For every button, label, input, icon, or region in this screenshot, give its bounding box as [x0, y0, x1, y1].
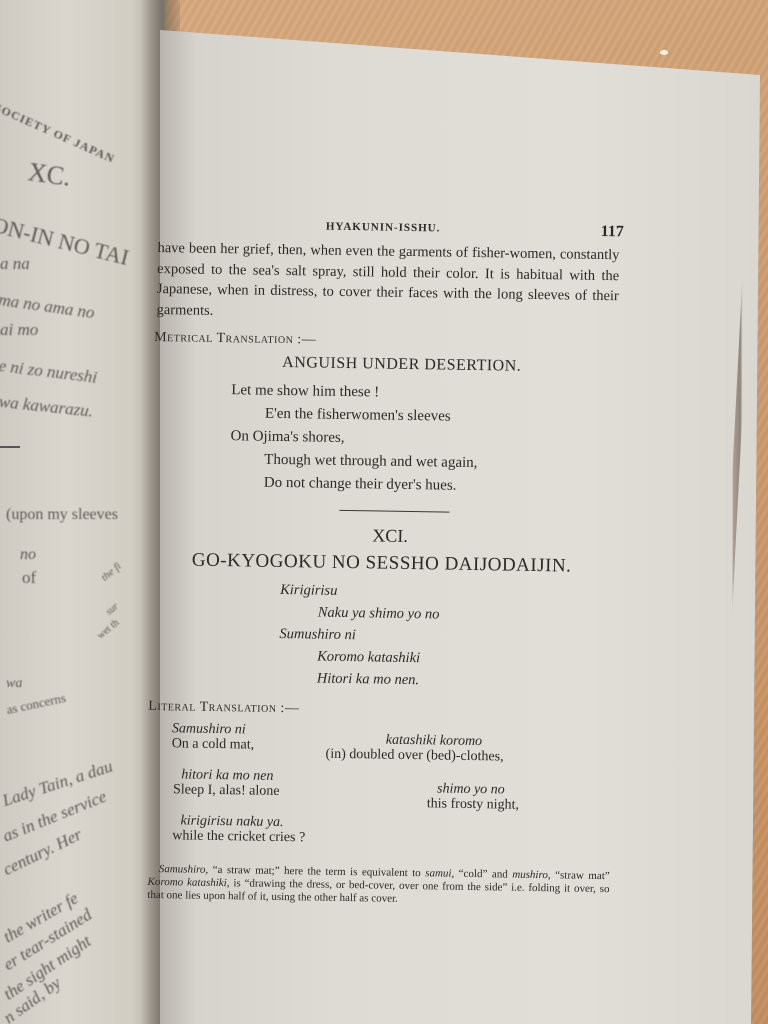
footnote-text: “straw mat”: [551, 869, 610, 882]
left-literal-line: sur: [104, 601, 121, 618]
left-romaji-line: wa kawarazu.: [0, 392, 94, 422]
section-divider: [339, 510, 449, 513]
literal-pair: hitori ka mo nen Sleep I, alas! alone: [173, 767, 280, 799]
prose-paragraph: have been her grief, then, when even the…: [156, 238, 619, 327]
literal-pair: shimo yo no this frosty night,: [427, 781, 520, 812]
footnote: Samushiro, “a straw mat;” here the term …: [147, 863, 610, 909]
literal-romaji: shimo yo no: [427, 781, 519, 797]
romaji-line: Hitori ka mo nen.: [279, 667, 613, 694]
poem-numeral: XCI.: [153, 522, 615, 550]
footnote-term: mushiro,: [512, 869, 551, 882]
footnote-term: Samushiro,: [159, 863, 209, 876]
literal-pair: katashiki koromo (in) doubled over (bed)…: [325, 732, 504, 765]
footnote-term: samui,: [425, 867, 454, 879]
poet-name: GO-KYOGOKU NO SESSHO DAIJODAIJIN.: [142, 549, 620, 579]
left-romaji-line: ma no ama no: [0, 290, 96, 323]
left-literal-line: no: [20, 546, 36, 564]
literal-english: On a cold mat,: [172, 736, 255, 752]
left-numeral: XC.: [26, 157, 72, 193]
literal-english: (in) doubled over (bed)-clothes,: [325, 747, 503, 765]
literal-pair: kirigirisu naku ya. while the cricket cr…: [172, 813, 305, 845]
left-literal-line: wet th: [95, 617, 121, 641]
footnote-term: Koromo katashiki,: [147, 876, 229, 889]
running-head-title: HYAKUNIN-ISSHU.: [326, 221, 441, 235]
left-romaji-line: e ni zo nureshi: [0, 356, 98, 388]
left-misc-line: as concerns: [5, 690, 67, 718]
verse-line: Do not change their dyer's hues.: [230, 471, 616, 500]
metrical-translation-label: Metrical Translation :—: [154, 330, 618, 353]
left-romaji-line: a na: [0, 254, 30, 274]
left-literal-line: the fi: [99, 560, 124, 584]
left-romaji-line: ai mo: [0, 320, 38, 340]
literal-romaji: Samushiro ni: [172, 721, 255, 737]
poem-title: ANGUISH UNDER DESERTION.: [156, 352, 618, 377]
page-number: 117: [601, 223, 624, 241]
left-divider: [0, 446, 20, 448]
page-content: HYAKUNIN-ISSHU. 117 have been her grief,…: [147, 218, 620, 909]
literal-translation-label: Literal Translation :—: [148, 699, 612, 722]
romaji-poem: Kirigirisu Naku ya shimo yo no Sumushiro…: [279, 579, 615, 694]
literal-english: this frosty night,: [427, 796, 519, 812]
literal-english: while the cricket cries ?: [172, 828, 305, 845]
literal-romaji: hitori ka mo nen: [173, 767, 280, 784]
left-literal-line: (upon my sleeves: [6, 506, 118, 524]
left-literal-line: of: [22, 568, 36, 588]
left-misc-line: wa: [6, 676, 22, 692]
literal-english: Sleep I, alas! alone: [173, 782, 280, 799]
left-running-head: SOCIETY OF JAPAN: [0, 100, 117, 167]
literal-translation: Samushiro ni On a cold mat, katashiki ko…: [148, 721, 612, 868]
verse: Let me show him these ! E'en the fisherw…: [230, 379, 618, 500]
literal-pair: Samushiro ni On a cold mat,: [172, 721, 255, 752]
footnote-text: “cold” and: [454, 868, 512, 881]
debris-speck: [660, 50, 668, 55]
